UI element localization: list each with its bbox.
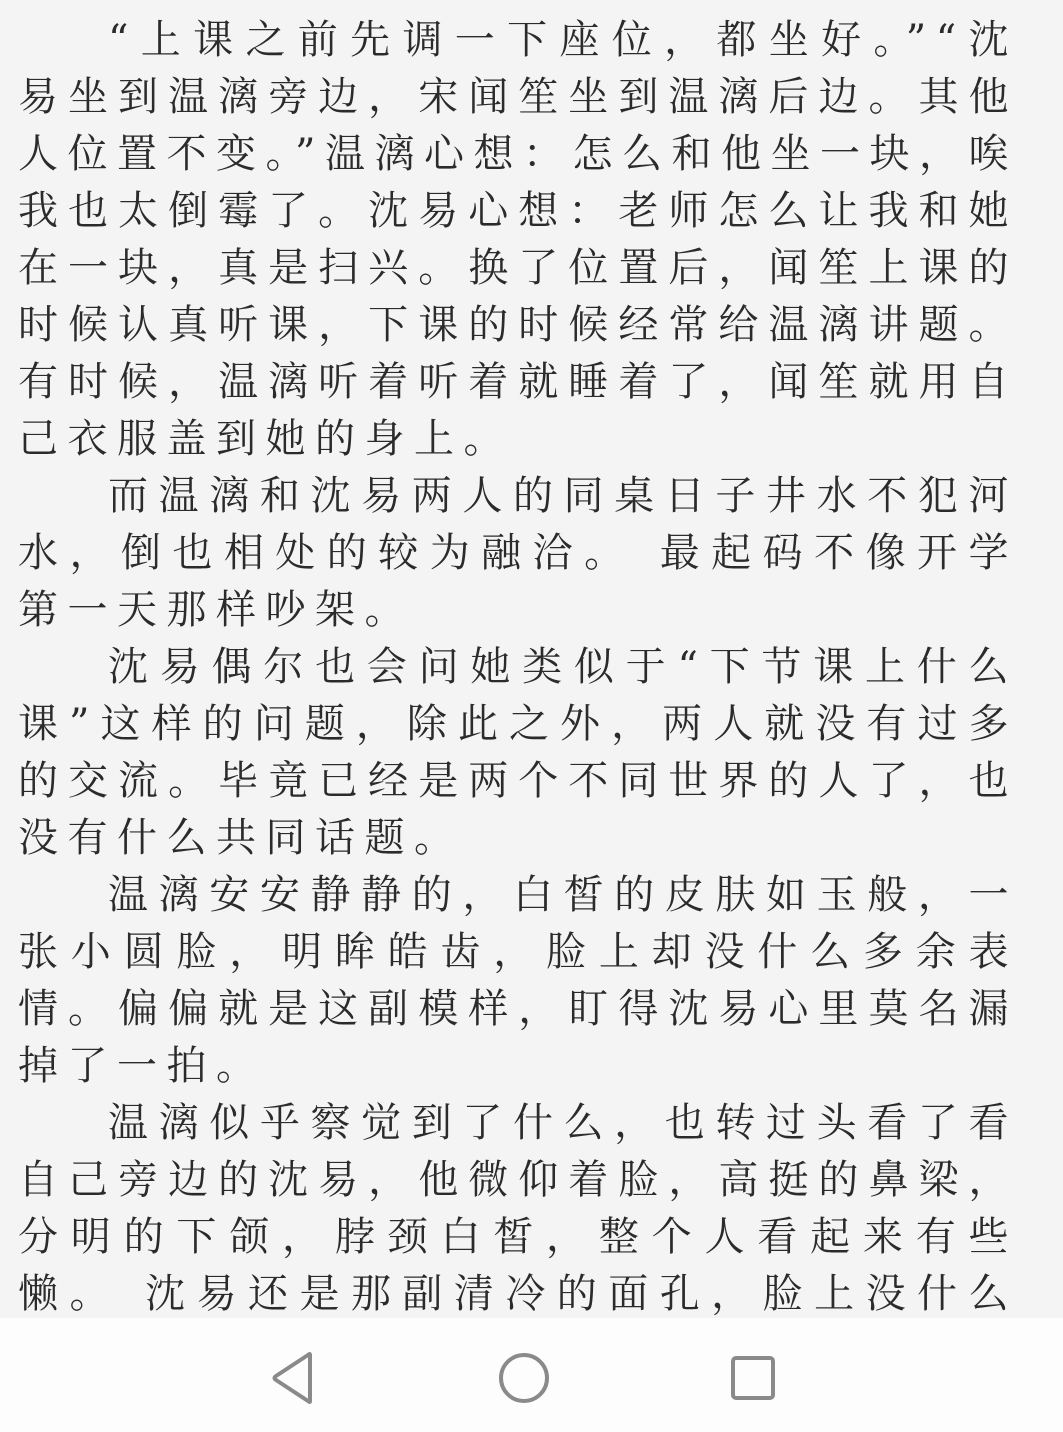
chapter-text: “上课之前先调一下座位，都坐好。”“沈易坐到温漓旁边，宋闻笙坐到温漓后边。其他人… bbox=[18, 12, 1018, 1318]
paragraph-4: 温漓安安静静的，白皙的皮肤如玉般，一张小圆脸，明眸皓齿，脸上却没什么多余表情。偏… bbox=[18, 867, 1018, 1095]
paragraph-5: 温漓似乎察觉到了什么，也转过头看了看自己旁边的沈易，他微仰着脸，高挺的鼻梁，分明… bbox=[18, 1095, 1018, 1318]
paragraph-2: 而温漓和沈易两人的同桌日子井水不犯河水，倒也相处的较为融洽。 最起码不像开学第一… bbox=[18, 468, 1018, 639]
triangle-back-icon bbox=[270, 1352, 316, 1404]
paragraph-1: “上课之前先调一下座位，都坐好。”“沈易坐到温漓旁边，宋闻笙坐到温漓后边。其他人… bbox=[18, 12, 1018, 468]
paragraph-3: 沈易偶尔也会问她类似于“下节课上什么课”这样的问题，除此之外，两人就没有过多的交… bbox=[18, 639, 1018, 867]
reader-page[interactable]: “上课之前先调一下座位，都坐好。”“沈易坐到温漓旁边，宋闻笙坐到温漓后边。其他人… bbox=[0, 0, 1063, 1318]
square-recents-icon bbox=[728, 1353, 778, 1403]
circle-home-icon bbox=[497, 1351, 551, 1405]
recents-button[interactable] bbox=[723, 1348, 783, 1408]
home-button[interactable] bbox=[494, 1348, 554, 1408]
back-button[interactable] bbox=[263, 1348, 323, 1408]
system-navigation-bar bbox=[0, 1318, 1063, 1432]
